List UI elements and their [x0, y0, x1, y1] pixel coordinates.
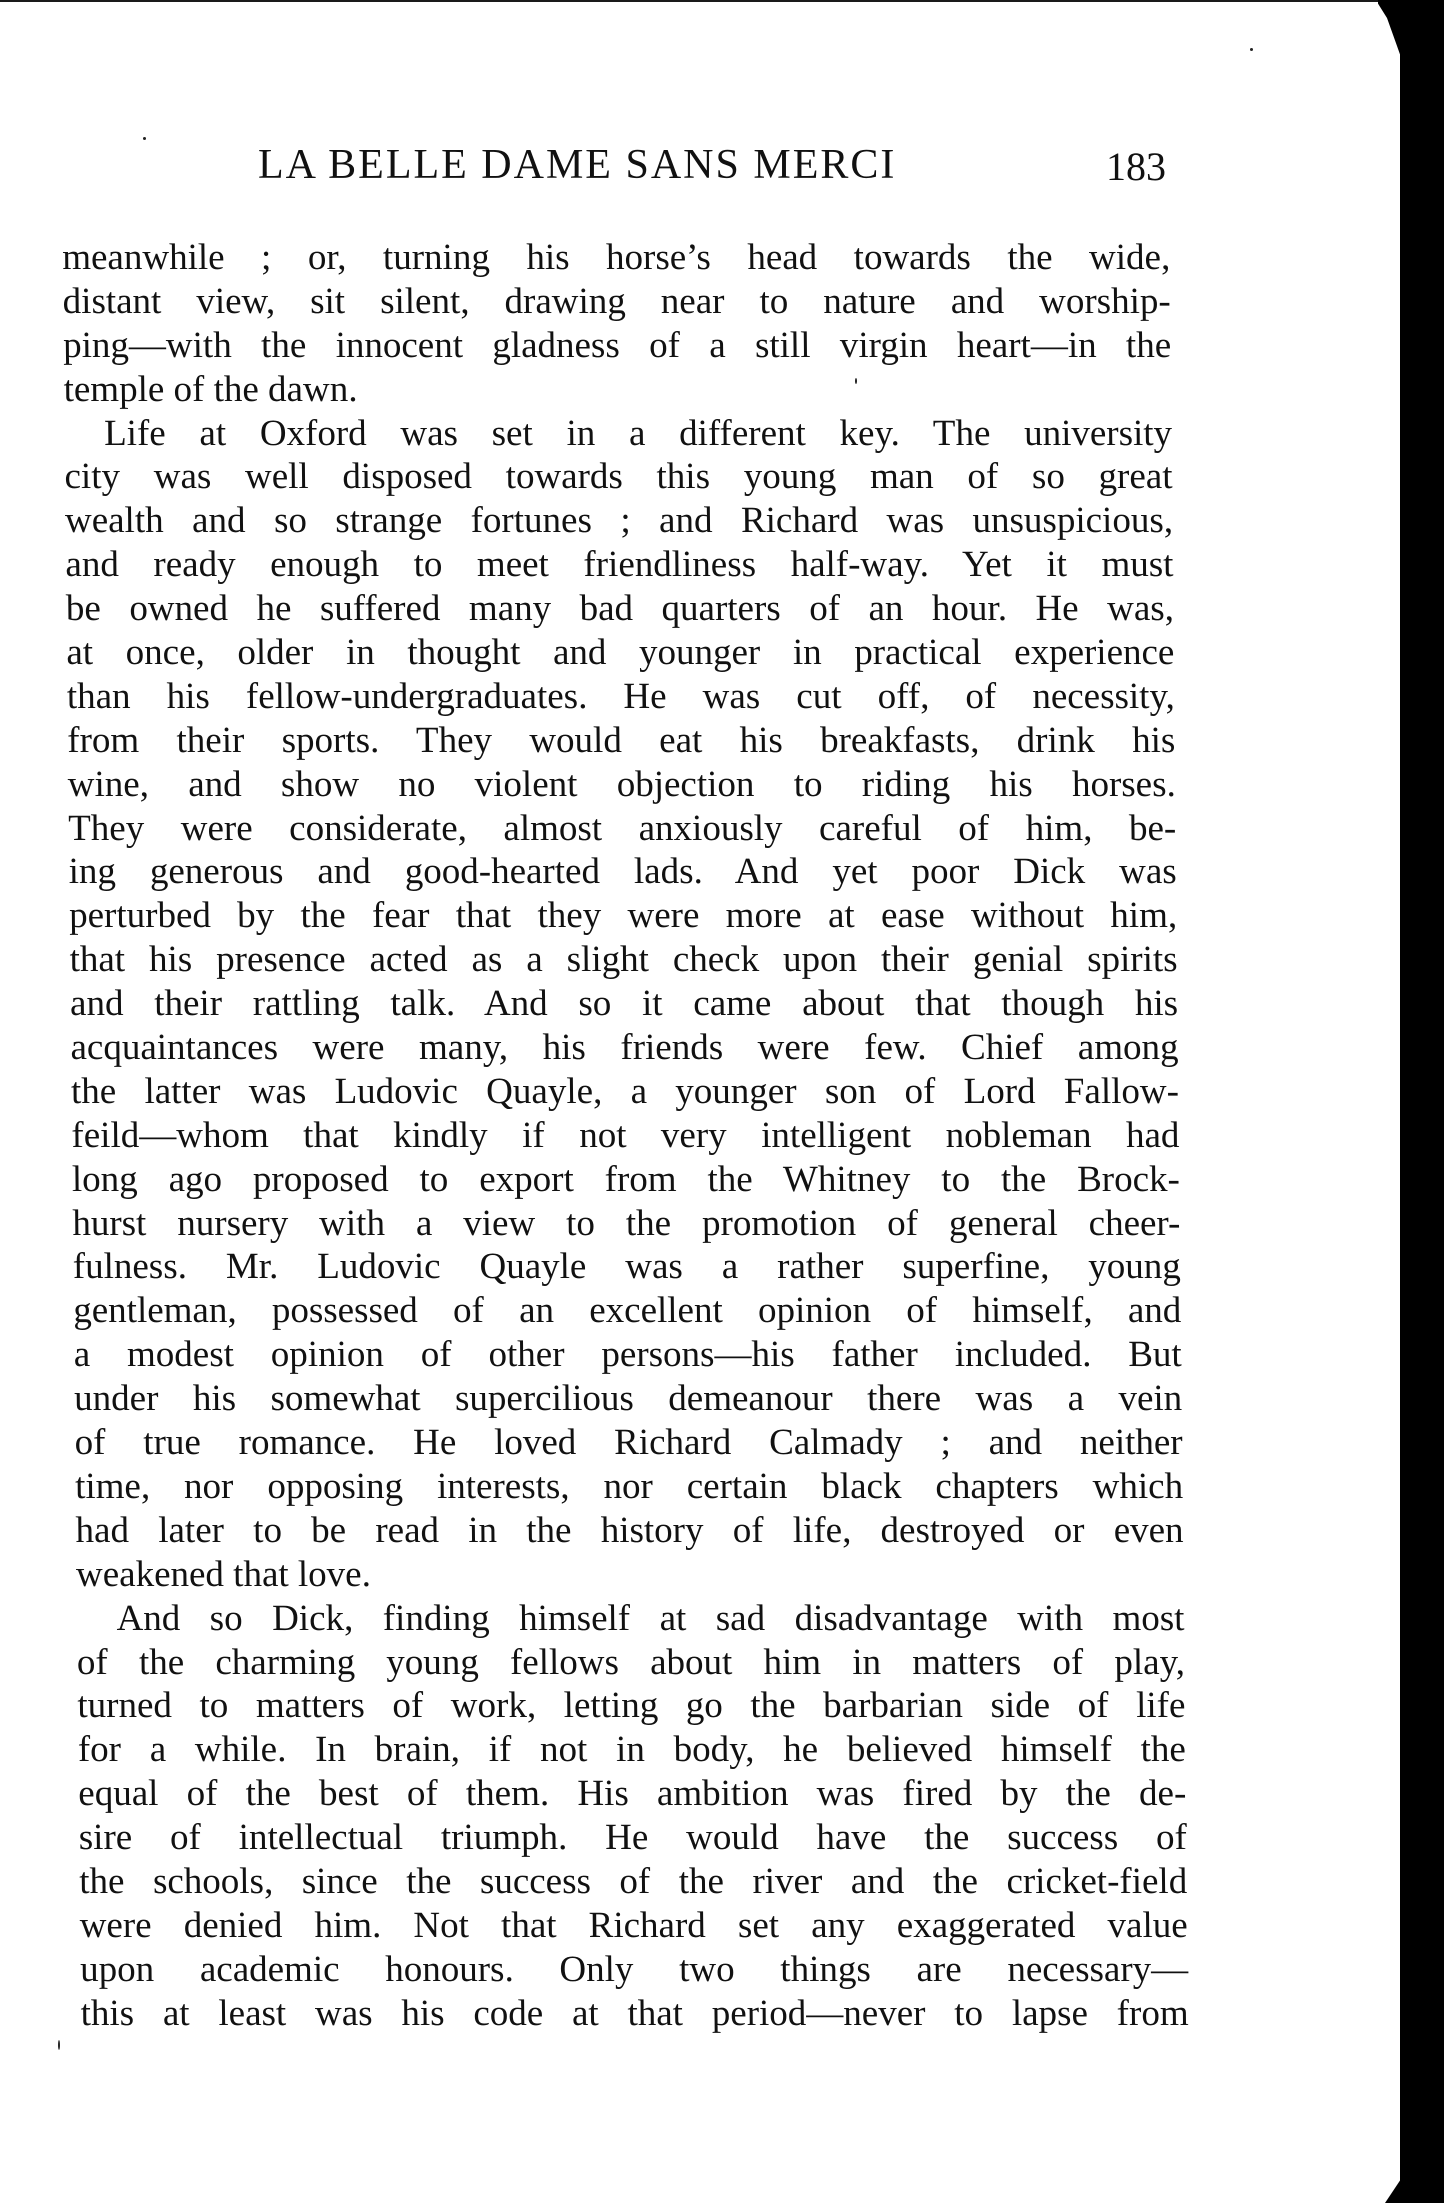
text-line: and ready enough to meet friendliness ha…	[65, 543, 1173, 587]
text-line: gentleman, possessed of an excellent opi…	[73, 1289, 1181, 1333]
text-line: meanwhile ; or, turning his horse’s head…	[62, 236, 1170, 280]
scan-speck	[58, 2040, 60, 2050]
paragraph: meanwhile ; or, turning his horse’s head…	[62, 236, 1172, 412]
running-head: LA BELLE DAME SANS MERCI 183	[62, 140, 1168, 190]
text-line: the schools, since the success of the ri…	[79, 1860, 1187, 1904]
text-line: They were considerate, almost anxiously …	[68, 807, 1176, 851]
text-line: upon academic honours. Only two things a…	[80, 1948, 1188, 1992]
scan-corner-shadow	[1378, 0, 1408, 60]
text-line: be owned he suffered many bad quarters o…	[66, 587, 1174, 631]
text-line: from their sports. They would eat his br…	[67, 719, 1175, 763]
text-line: temple of the dawn.	[63, 368, 1171, 412]
scan-top-edge	[0, 0, 1400, 2]
scan-speck	[1250, 48, 1253, 51]
text-line: under his somewhat supercilious demeanou…	[74, 1377, 1182, 1421]
text-line: city was well disposed towards this youn…	[64, 455, 1172, 499]
text-line: of true romance. He loved Richard Calmad…	[74, 1421, 1182, 1465]
page-number: 183	[1106, 142, 1166, 192]
text-line: than his fellow-undergraduates. He was c…	[67, 675, 1175, 719]
text-line: And so Dick, finding himself at sad disa…	[76, 1597, 1184, 1641]
text-line: and their rattling talk. And so it came …	[70, 982, 1178, 1026]
text-line: ing generous and good-hearted lads. And …	[68, 850, 1176, 894]
text-line: were denied him. Not that Richard set an…	[79, 1904, 1187, 1948]
text-line: the latter was Ludovic Quayle, a younger…	[71, 1070, 1179, 1114]
text-line: this at least was his code at that perio…	[80, 1992, 1188, 2036]
body-text: meanwhile ; or, turning his horse’s head…	[62, 236, 1189, 2036]
text-line: wealth and so strange fortunes ; and Ric…	[65, 499, 1173, 543]
text-line: weakened that love.	[76, 1553, 1184, 1597]
book-page: LA BELLE DAME SANS MERCI 183 meanwhile ;…	[0, 0, 1444, 2203]
running-title: LA BELLE DAME SANS MERCI	[258, 140, 896, 190]
scan-right-border	[1400, 0, 1444, 2203]
text-line: at once, older in thought and younger in…	[66, 631, 1174, 675]
paragraph: And so Dick, finding himself at sad disa…	[76, 1597, 1189, 2036]
text-line: sire of intellectual triumph. He would h…	[79, 1816, 1187, 1860]
text-line: perturbed by the fear that they were mor…	[69, 894, 1177, 938]
text-line: ping—with the innocent gladness of a sti…	[63, 324, 1171, 368]
text-line: turned to matters of work, letting go th…	[77, 1684, 1185, 1728]
text-line: fulness. Mr. Ludovic Quayle was a rather…	[73, 1245, 1181, 1289]
text-line: a modest opinion of other persons—his fa…	[73, 1333, 1181, 1377]
text-line: feild—whom that kindly if not very intel…	[71, 1114, 1179, 1158]
text-line: long ago proposed to export from the Whi…	[72, 1158, 1180, 1202]
text-line: Life at Oxford was set in a different ke…	[64, 412, 1172, 456]
text-line: wine, and show no violent objection to r…	[68, 763, 1176, 807]
text-line: had later to be read in the history of l…	[75, 1509, 1183, 1553]
scan-bottom-curve	[1385, 2173, 1405, 2203]
text-line: that his presence acted as a slight chec…	[69, 938, 1177, 982]
text-line: acquaintances were many, his friends wer…	[70, 1026, 1178, 1070]
text-line: for a while. In brain, if not in body, h…	[78, 1728, 1186, 1772]
text-line: of the charming young fellows about him …	[77, 1641, 1185, 1685]
text-line: equal of the best of them. His ambition …	[78, 1772, 1186, 1816]
text-line: time, nor opposing interests, nor certai…	[75, 1465, 1183, 1509]
paragraph: Life at Oxford was set in a different ke…	[64, 412, 1184, 1597]
text-line: hurst nursery with a view to the promoti…	[72, 1202, 1180, 1246]
text-line: distant view, sit silent, drawing near t…	[62, 280, 1170, 324]
